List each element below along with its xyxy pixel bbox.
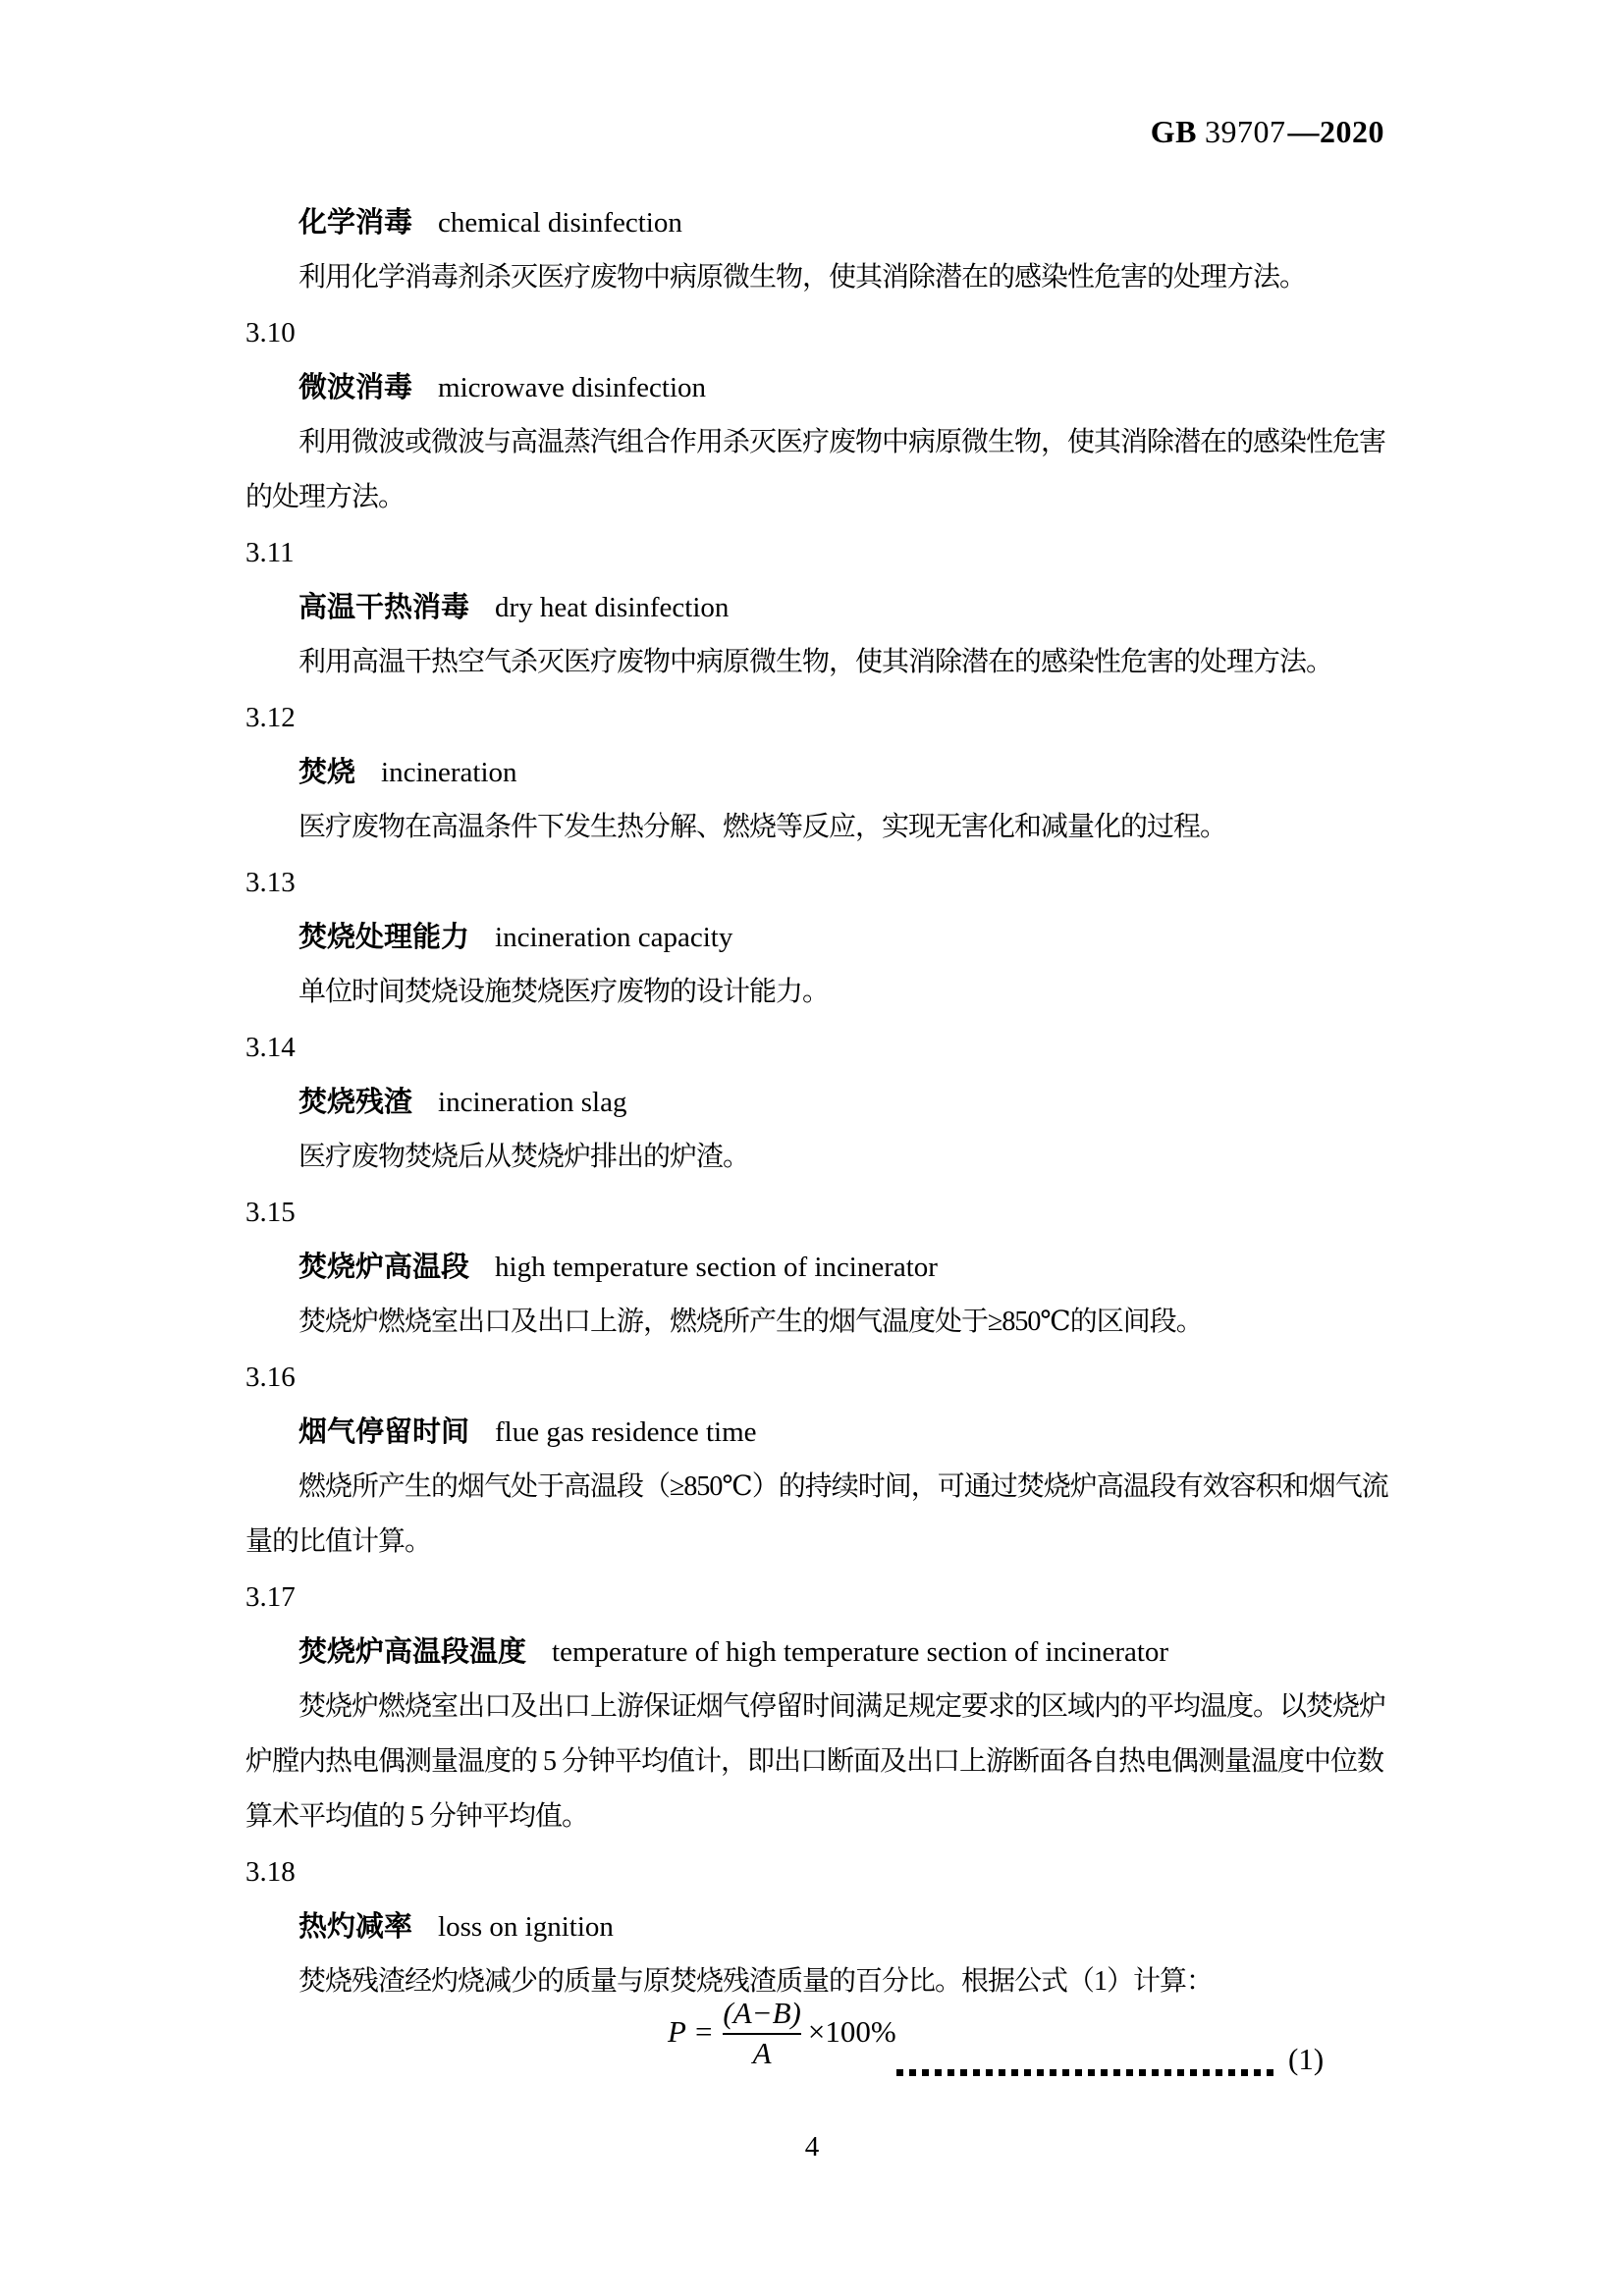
term-heading: 微波消毒microwave disinfection [245,360,1385,415]
definition-line: 焚烧炉燃烧室出口及出口上游保证烟气停留时间满足规定要求的区域内的平均温度。以焚烧… [245,1680,1385,1735]
term-section: 3.15 焚烧炉高温段high temperature section of i… [245,1185,1385,1350]
term-section: 3.10 微波消毒microwave disinfection 利用微波或微波与… [245,305,1385,525]
term-section: 3.14 焚烧残渣incineration slag 医疗废物焚烧后从焚烧炉排出… [245,1020,1385,1185]
term-heading: 焚烧incineration [245,745,1385,800]
term-section: 3.12 焚烧incineration 医疗废物在高温条件下发生热分解、燃烧等反… [245,690,1385,855]
definition-line: 利用高温干热空气杀灭医疗废物中病原微生物，使其消除潜在的感染性危害的处理方法。 [245,635,1385,690]
definition-line: 医疗废物在高温条件下发生热分解、燃烧等反应，实现无害化和减量化的过程。 [245,800,1385,855]
definition: 利用高温干热空气杀灭医疗废物中病原微生物，使其消除潜在的感染性危害的处理方法。 [245,635,1385,690]
definition: 医疗废物焚烧后从焚烧炉排出的炉渣。 [245,1130,1385,1185]
page-number: 4 [0,2119,1624,2174]
term-en: chemical disinfection [438,207,682,239]
term-zh: 焚烧 [298,757,355,788]
term-en: loss on ignition [438,1911,614,1943]
term-en: dry heat disinfection [495,592,729,623]
term-zh: 微波消毒 [298,372,412,403]
term-section: 3.11 高温干热消毒dry heat disinfection 利用高温干热空… [245,525,1385,690]
term-en: high temperature section of incinerator [495,1252,938,1283]
definition-line: 量的比值计算。 [245,1515,1385,1570]
term-en: incineration capacity [495,922,732,953]
terms-content: 化学消毒chemical disinfection 利用化学消毒剂杀灭医疗废物中… [245,195,1385,2009]
section-number: 3.10 [245,305,1385,360]
section-number: 3.16 [245,1350,1385,1405]
term-en: incineration [381,757,517,788]
standard-code-prefix: GB [1151,114,1197,149]
definition: 焚烧炉燃烧室出口及出口上游，燃烧所产生的烟气温度处于≥850℃的区间段。 [245,1295,1385,1350]
formula-numerator: (A−B) [723,1995,800,2031]
term-zh: 烟气停留时间 [298,1416,469,1448]
term-zh: 焚烧炉高温段 [298,1252,469,1283]
term-en: incineration slag [438,1087,626,1118]
term-en: temperature of high temperature section … [552,1636,1168,1668]
definition-line: 的处理方法。 [245,470,1385,525]
term-heading: 焚烧炉高温段high temperature section of incine… [245,1240,1385,1295]
definition: 焚烧炉燃烧室出口及出口上游保证烟气停留时间满足规定要求的区域内的平均温度。以焚烧… [245,1680,1385,1844]
term-section: 3.13 焚烧处理能力incineration capacity 单位时间焚烧设… [245,855,1385,1020]
term-zh: 焚烧残渣 [298,1087,412,1118]
definition-line: 算术平均值的 5 分钟平均值。 [245,1789,1385,1844]
section-number: 3.17 [245,1570,1385,1625]
definition: 利用化学消毒剂杀灭医疗废物中病原微生物，使其消除潜在的感染性危害的处理方法。 [245,250,1385,305]
formula-block: P = (A−B) A ×100% (1) [245,1995,1385,2122]
term-heading: 焚烧残渣incineration slag [245,1075,1385,1130]
definition-line: 利用微波或微波与高温蒸汽组合作用杀灭医疗废物中病原微生物，使其消除潜在的感染性危… [245,415,1385,470]
definition-line: 燃烧所产生的烟气处于高温段（≥850℃）的持续时间，可通过焚烧炉高温段有效容积和… [245,1460,1385,1515]
term-zh: 热灼减率 [298,1911,412,1943]
formula-multiplier: ×100% [808,2014,896,2050]
fraction-bar [723,2033,800,2035]
definition: 单位时间焚烧设施焚烧医疗废物的设计能力。 [245,965,1385,1020]
section-number: 3.15 [245,1185,1385,1240]
formula-equals: = [695,2014,712,2050]
term-zh: 化学消毒 [298,207,412,239]
term-section: 化学消毒chemical disinfection 利用化学消毒剂杀灭医疗废物中… [245,195,1385,305]
term-section: 3.17 焚烧炉高温段温度temperature of high tempera… [245,1570,1385,1844]
section-number: 3.11 [245,525,1385,580]
formula-lhs: P [668,2014,686,2050]
standard-code-year: —2020 [1288,114,1385,149]
term-heading: 烟气停留时间flue gas residence time [245,1405,1385,1460]
term-en: microwave disinfection [438,372,706,403]
term-heading: 焚烧炉高温段温度temperature of high temperature … [245,1625,1385,1680]
definition-line: 医疗废物焚烧后从焚烧炉排出的炉渣。 [245,1130,1385,1185]
standard-document-page: GB39707—2020 化学消毒chemical disinfection 利… [0,0,1624,2296]
term-section: 3.16 烟气停留时间flue gas residence time 燃烧所产生… [245,1350,1385,1570]
term-en: flue gas residence time [495,1416,757,1448]
term-zh: 焚烧炉高温段温度 [298,1636,526,1668]
section-number: 3.12 [245,690,1385,745]
standard-code-number: 39707 [1205,114,1286,149]
term-zh: 高温干热消毒 [298,592,469,623]
standard-code-header: GB39707—2020 [1151,114,1384,150]
section-number: 3.18 [245,1844,1385,1899]
definition: 利用微波或微波与高温蒸汽组合作用杀灭医疗废物中病原微生物，使其消除潜在的感染性危… [245,415,1385,525]
term-zh: 焚烧处理能力 [298,922,469,953]
section-number: 3.13 [245,855,1385,910]
term-heading: 焚烧处理能力incineration capacity [245,910,1385,965]
loss-on-ignition-formula: P = (A−B) A ×100% [668,1995,896,2069]
term-section: 3.18 热灼减率loss on ignition 焚烧残渣经灼烧减少的质量与原… [245,1844,1385,2009]
term-heading: 化学消毒chemical disinfection [245,195,1385,250]
definition-line: 炉膛内热电偶测量温度的 5 分钟平均值计，即出口断面及出口上游断面各自热电偶测量… [245,1735,1385,1789]
definition: 燃烧所产生的烟气处于高温段（≥850℃）的持续时间，可通过焚烧炉高温段有效容积和… [245,1460,1385,1570]
definition-line: 焚烧炉燃烧室出口及出口上游，燃烧所产生的烟气温度处于≥850℃的区间段。 [245,1295,1385,1350]
term-heading: 热灼减率loss on ignition [245,1899,1385,1954]
definition-line: 单位时间焚烧设施焚烧医疗废物的设计能力。 [245,965,1385,1020]
formula-denominator: A [753,2037,772,2069]
formula-number-label: (1) [1288,2042,1324,2077]
definition: 医疗废物在高温条件下发生热分解、燃烧等反应，实现无害化和减量化的过程。 [245,800,1385,855]
dotted-leader-line [896,2069,1277,2076]
formula-fraction: (A−B) A [723,1995,800,2069]
definition-line: 利用化学消毒剂杀灭医疗废物中病原微生物，使其消除潜在的感染性危害的处理方法。 [245,250,1385,305]
term-heading: 高温干热消毒dry heat disinfection [245,580,1385,635]
section-number: 3.14 [245,1020,1385,1075]
